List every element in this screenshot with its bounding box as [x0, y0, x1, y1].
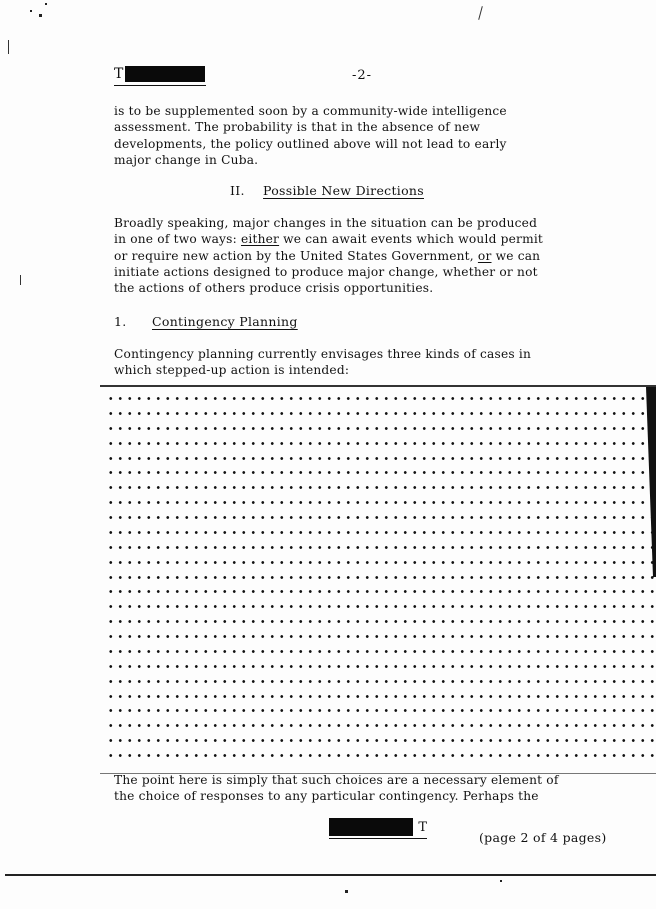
dotted-redaction-row: [106, 635, 654, 638]
section-title: Possible New Directions: [263, 183, 424, 198]
text-line: the choice of responses to any particula…: [114, 788, 654, 804]
text-line: or require new action by the United Stat…: [114, 248, 614, 264]
dotted-redaction-row: [106, 471, 654, 474]
dotted-redaction-row: [106, 412, 654, 415]
text-line: which stepped-up action is intended:: [114, 362, 614, 378]
dotted-redaction-row: [106, 724, 654, 727]
section-number: II.: [230, 183, 245, 198]
scan-speck: [345, 890, 348, 893]
underlined-word-either: either: [241, 232, 279, 246]
text-line: assessment. The probability is that in t…: [114, 119, 614, 135]
dotted-redaction-row: [106, 442, 654, 445]
text-line: The point here is simply that such choic…: [114, 772, 654, 788]
redaction-box: [329, 818, 413, 836]
dotted-redaction-row: [106, 695, 654, 698]
paragraph-broadly: Broadly speaking, major changes in the s…: [114, 215, 614, 296]
text-line: major change in Cuba.: [114, 152, 614, 168]
page-count: (page 2 of 4 pages): [479, 830, 607, 845]
dotted-redaction-row: [106, 516, 654, 519]
text-line: Contingency planning currently envisages…: [114, 346, 614, 362]
subsection-heading: 1.Contingency Planning: [114, 314, 298, 329]
scan-speck: [30, 10, 32, 12]
text-line: the actions of others produce crisis opp…: [114, 280, 614, 296]
dotted-redaction-row: [106, 620, 654, 623]
margin-mark: [478, 6, 483, 20]
redacted-dotted-block: [100, 385, 656, 774]
scan-speck: [45, 3, 47, 5]
dotted-redaction-row: [106, 546, 654, 549]
dotted-redaction-row: [106, 457, 654, 460]
margin-mark: [8, 40, 9, 54]
scan-border-line: [5, 874, 656, 876]
paragraph-intro: is to be supplemented soon by a communit…: [114, 103, 614, 168]
subsection-number: 1.: [114, 314, 152, 329]
redaction-box: [125, 66, 205, 82]
paragraph-point: The point here is simply that such choic…: [114, 772, 654, 805]
dotted-redaction-row: [106, 709, 654, 712]
dotted-redaction-row: [106, 739, 654, 742]
dotted-redaction-row: [106, 650, 654, 653]
margin-mark: [20, 275, 21, 285]
dotted-redaction-row: [106, 754, 654, 757]
classification-letter: T: [114, 66, 124, 82]
dotted-redaction-row: [106, 605, 654, 608]
text-line: initiate actions designed to produce maj…: [114, 264, 614, 280]
document-page: T -2- is to be supplemented soon by a co…: [0, 0, 656, 909]
paragraph-contingency: Contingency planning currently envisages…: [114, 346, 614, 379]
section-heading: II. Possible New Directions: [230, 183, 424, 198]
classification-tail: T: [418, 820, 427, 835]
underlined-word-or: or: [478, 249, 492, 263]
text-line: developments, the policy outlined above …: [114, 136, 614, 152]
dotted-redaction-row: [106, 590, 654, 593]
text-fragment: we can await events which would permit: [279, 232, 543, 246]
text-line: Broadly speaking, major changes in the s…: [114, 215, 614, 231]
scan-speck: [39, 14, 42, 17]
page-marker: -2-: [352, 68, 372, 83]
subsection-title: Contingency Planning: [152, 314, 298, 329]
dotted-redaction-row: [106, 576, 654, 579]
classification-marking-header: T: [114, 66, 206, 86]
classification-marking-footer: T: [329, 818, 427, 839]
text-line: in one of two ways: either we can await …: [114, 231, 614, 247]
dotted-redaction-row: [106, 486, 654, 489]
dotted-redaction-row: [106, 665, 654, 668]
text-fragment: or require new action by the United Stat…: [114, 249, 478, 263]
dotted-redaction-row: [106, 427, 654, 430]
text-line: is to be supplemented soon by a communit…: [114, 103, 614, 119]
dotted-redaction-row: [106, 531, 654, 534]
scan-speck: [500, 880, 502, 882]
dotted-redaction-row: [106, 680, 654, 683]
dotted-redaction-row: [106, 501, 654, 504]
text-fragment: we can: [492, 249, 541, 263]
text-fragment: in one of two ways:: [114, 232, 241, 246]
dotted-redaction-row: [106, 397, 654, 400]
dotted-redaction-row: [106, 561, 654, 564]
